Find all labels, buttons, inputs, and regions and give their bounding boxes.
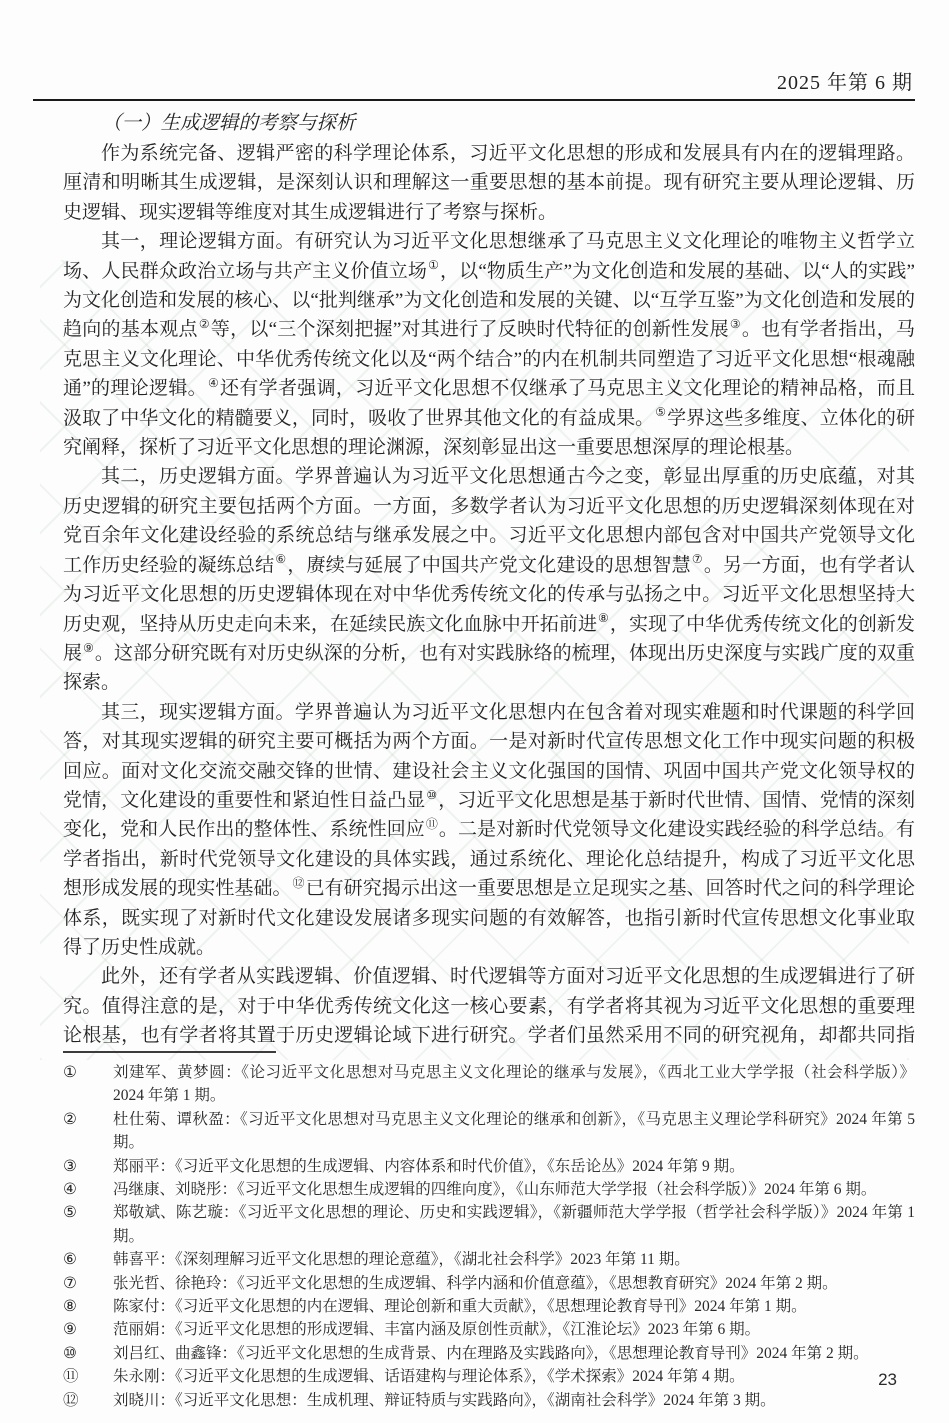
footnote-item: ⑤郑敬斌、陈艺璇：《习近平文化思想的理论、历史和实践逻辑》，《新疆师范大学学报（… xyxy=(63,1201,915,1248)
footnote-item: ②杜仕菊、谭秋盈：《习近平文化思想对马克思主义文化理论的继承和创新》，《马克思主… xyxy=(63,1108,915,1155)
footnote-item: ⑩刘吕红、曲鑫锋：《习近平文化思想的生成背景、内在理路及实践路向》，《思想理论教… xyxy=(63,1342,915,1365)
footnote-ref: ⑦ xyxy=(691,552,704,566)
paragraph: 其一，理论逻辑方面。有研究认为习近平文化思想继承了马克思主义文化理论的唯物主义哲… xyxy=(63,227,915,462)
footnote-ref: ⑪ xyxy=(425,817,439,831)
footnote-text: 刘晓川：《习近平文化思想：生成机理、辩证特质与实践路向》，《湖南社会科学》202… xyxy=(113,1392,776,1409)
footnote-text: 朱永刚：《习近平文化思想的生成逻辑、话语建构与理论体系》，《学术探索》2024 … xyxy=(113,1368,745,1385)
footnote-number: ⑪ xyxy=(63,1365,79,1388)
section-heading: （一）生成逻辑的考察与探析 xyxy=(63,108,915,139)
footnote-number: ⑦ xyxy=(63,1272,77,1295)
footnote-text: 陈家付：《习近平文化思想的内在逻辑、理论创新和重大贡献》，《思想理论教育导刊》2… xyxy=(113,1298,807,1315)
footnote-text: 郑敬斌、陈艺璇：《习近平文化思想的理论、历史和实践逻辑》，《新疆师范大学学报（哲… xyxy=(113,1204,915,1244)
journal-page: 2025 年第 6 期 （一）生成逻辑的考察与探析 作为系统完备、逻辑严密的科学… xyxy=(0,0,949,1423)
footnote-item: ①刘建军、黄梦圆：《论习近平文化思想对马克思主义文化理论的继承与发展》，《西北工… xyxy=(63,1061,915,1108)
header-rule xyxy=(33,99,915,101)
footnote-separator xyxy=(63,1051,276,1053)
footnote-number: ③ xyxy=(63,1155,77,1178)
footnote-text: 张光哲、徐艳玲：《习近平文化思想的生成逻辑、科学内涵和价值意蕴》，《思想教育研究… xyxy=(113,1275,838,1292)
footnote-text: 郑丽平：《习近平文化思想的生成逻辑、内容体系和时代价值》，《东岳论丛》2024 … xyxy=(113,1158,745,1175)
footnote-text: 范丽娟：《习近平文化思想的形成逻辑、丰富内涵及原创性贡献》，《江淮论坛》2023… xyxy=(113,1321,760,1338)
page-number: 23 xyxy=(878,1370,897,1390)
footnote-number: ④ xyxy=(63,1178,77,1201)
footnote-ref: ⑧ xyxy=(597,611,610,625)
footnote-item: ⑦张光哲、徐艳玲：《习近平文化思想的生成逻辑、科学内涵和价值意蕴》，《思想教育研… xyxy=(63,1272,915,1295)
footnote-item: ③郑丽平：《习近平文化思想的生成逻辑、内容体系和时代价值》，《东岳论丛》2024… xyxy=(63,1155,915,1178)
footnote-ref: ① xyxy=(427,258,440,272)
footnote-ref: ⑨ xyxy=(82,641,95,655)
footnotes-list: ①刘建军、黄梦圆：《论习近平文化思想对马克思主义文化理论的继承与发展》，《西北工… xyxy=(63,1061,915,1412)
paragraph: 其三，现实逻辑方面。学界普遍认为习近平文化思想内在包含着对现实难题和时代课题的科… xyxy=(63,698,915,963)
footnote-item: ⑨范丽娟：《习近平文化思想的形成逻辑、丰富内涵及原创性贡献》，《江淮论坛》202… xyxy=(63,1318,915,1341)
footnote-ref: ② xyxy=(198,317,211,331)
footnote-item: ⑫刘晓川：《习近平文化思想：生成机理、辩证特质与实践路向》，《湖南社会科学》20… xyxy=(63,1389,915,1412)
footnote-text: 刘吕红、曲鑫锋：《习近平文化思想的生成背景、内在理路及实践路向》，《思想理论教育… xyxy=(113,1345,869,1362)
page-header: 2025 年第 6 期 xyxy=(777,66,913,95)
footnote-ref: ⑥ xyxy=(274,552,287,566)
footnote-text: 冯继康、刘晓彤：《习近平文化思想生成逻辑的四维向度》，《山东师范大学学报（社会科… xyxy=(113,1181,876,1198)
footnote-number: ② xyxy=(63,1108,77,1131)
footnote-item: ④冯继康、刘晓彤：《习近平文化思想生成逻辑的四维向度》，《山东师范大学学报（社会… xyxy=(63,1178,915,1201)
footnote-ref: ⑫ xyxy=(292,876,306,890)
footnote-item: ⑥韩喜平：《深刻理解习近平文化思想的理论意蕴》，《湖北社会科学》2023 年第 … xyxy=(63,1248,915,1271)
footnote-number: ① xyxy=(63,1061,77,1084)
footnote-number: ⑩ xyxy=(63,1342,77,1365)
issue-label: 2025 年第 6 期 xyxy=(777,72,913,94)
footnote-number: ⑧ xyxy=(63,1295,77,1318)
paragraph: 其二，历史逻辑方面。学界普遍认为习近平文化思想通古今之变，彰显出厚重的历史底蕴，… xyxy=(63,462,915,697)
footnote-number: ⑥ xyxy=(63,1248,77,1271)
footnote-number: ⑫ xyxy=(63,1389,79,1412)
article: （一）生成逻辑的考察与探析 作为系统完备、逻辑严密的科学理论体系，习近平文化思想… xyxy=(63,108,915,1050)
footnote-ref: ④ xyxy=(207,376,220,390)
footnote-text: 刘建军、黄梦圆：《论习近平文化思想对马克思主义文化理论的继承与发展》，《西北工业… xyxy=(113,1064,915,1104)
footnote-text: 韩喜平：《深刻理解习近平文化思想的理论意蕴》，《湖北社会科学》2023 年第 1… xyxy=(113,1251,690,1268)
footnote-text: 杜仕菊、谭秋盈：《习近平文化思想对马克思主义文化理论的继承和创新》，《马克思主义… xyxy=(113,1111,915,1151)
paragraphs: 作为系统完备、逻辑严密的科学理论体系，习近平文化思想的形成和发展具有内在的逻辑理… xyxy=(63,139,915,1050)
footnote-ref: ⑩ xyxy=(425,788,438,802)
footnote-ref: ③ xyxy=(729,317,742,331)
footnote-number: ⑤ xyxy=(63,1201,77,1224)
footnote-item: ⑧陈家付：《习近平文化思想的内在逻辑、理论创新和重大贡献》，《思想理论教育导刊》… xyxy=(63,1295,915,1318)
paragraph: 此外，还有学者从实践逻辑、价值逻辑、时代逻辑等方面对习近平文化思想的生成逻辑进行… xyxy=(63,962,915,1050)
paragraph: 作为系统完备、逻辑严密的科学理论体系，习近平文化思想的形成和发展具有内在的逻辑理… xyxy=(63,139,915,227)
footnote-number: ⑨ xyxy=(63,1318,77,1341)
footnote-ref: ⑤ xyxy=(654,405,667,419)
footnote-item: ⑪朱永刚：《习近平文化思想的生成逻辑、话语建构与理论体系》，《学术探索》2024… xyxy=(63,1365,915,1388)
